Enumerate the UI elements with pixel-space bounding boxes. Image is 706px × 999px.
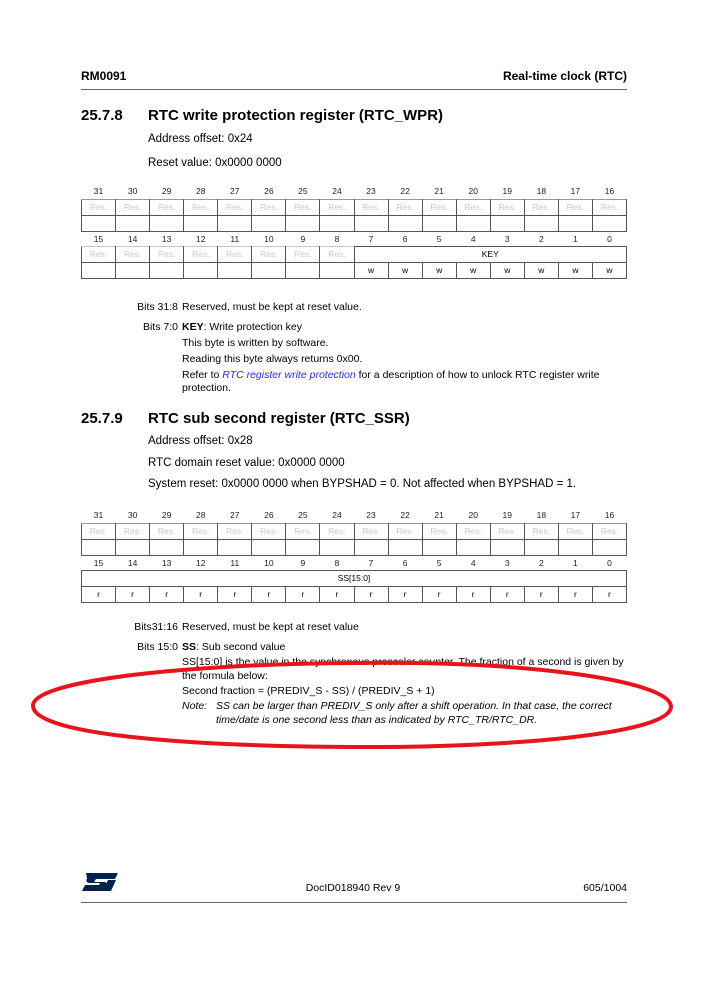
reserved-field: Res. — [252, 523, 286, 539]
bit-number: 21 — [422, 508, 456, 523]
footer-page-number: 605/1004 — [583, 882, 627, 894]
section-number-ssr: 25.7.9 — [81, 410, 123, 427]
section-number-wpr: 25.7.8 — [81, 107, 123, 124]
bit-number: 13 — [150, 555, 184, 570]
bit-number: 28 — [184, 508, 218, 523]
access-cell-empty — [524, 539, 558, 555]
bit-number: 31 — [82, 184, 116, 199]
bit-number: 26 — [252, 508, 286, 523]
ssr-system-reset: System reset: 0x0000 0000 when BYPSHAD =… — [148, 478, 576, 490]
bit-number: 18 — [524, 184, 558, 199]
reserved-field: Res. — [116, 199, 150, 215]
reserved-field: Res. — [150, 523, 184, 539]
access-type: r — [320, 586, 354, 602]
bit-number: 5 — [422, 231, 456, 246]
bit-number: 26 — [252, 184, 286, 199]
bit-number: 29 — [150, 508, 184, 523]
bit-number: 0 — [592, 231, 626, 246]
access-cell-empty — [116, 539, 150, 555]
wpr-key-refer: Refer to RTC register write protection f… — [182, 368, 599, 383]
access-type: w — [524, 262, 558, 278]
bit-number: 14 — [116, 231, 150, 246]
access-type: r — [252, 586, 286, 602]
wpr-key-refer-cont: protection. — [182, 381, 231, 396]
access-cell-empty — [218, 215, 252, 231]
reserved-field: Res. — [422, 199, 456, 215]
access-cell-empty — [286, 262, 320, 278]
reserved-field: Res. — [422, 523, 456, 539]
reserved-field: Res. — [116, 246, 150, 262]
wpr-address-offset: Address offset: 0x24 — [148, 133, 253, 145]
ssr-address-offset: Address offset: 0x28 — [148, 435, 253, 447]
reserved-field: Res. — [558, 199, 592, 215]
access-cell-empty — [252, 262, 286, 278]
access-type: r — [150, 586, 184, 602]
bit-number: 16 — [592, 184, 626, 199]
bit-number: 24 — [320, 508, 354, 523]
access-type: r — [456, 586, 490, 602]
field-name-key: KEY — [182, 321, 204, 333]
bit-number: 28 — [184, 184, 218, 199]
access-type: w — [456, 262, 490, 278]
reserved-field: Res. — [456, 523, 490, 539]
bit-number: 13 — [150, 231, 184, 246]
bit-number: 12 — [184, 555, 218, 570]
ssr-note-label: Note: — [182, 699, 207, 714]
header-doc-code: RM0091 — [81, 69, 126, 83]
bit-number: 9 — [286, 555, 320, 570]
access-cell-empty — [320, 262, 354, 278]
reserved-field: Res. — [320, 246, 354, 262]
access-type: w — [558, 262, 592, 278]
access-cell-empty — [150, 262, 184, 278]
bit-number: 27 — [218, 508, 252, 523]
access-cell-empty — [592, 539, 626, 555]
ssr-note-line1: SS can be larger than PREDIV_S only afte… — [216, 699, 612, 714]
ssr-register-table: 31302928272625242322212019181716 Res.Res… — [81, 508, 627, 603]
access-cell-empty — [252, 215, 286, 231]
reserved-field: Res. — [354, 523, 388, 539]
access-cell-empty — [354, 215, 388, 231]
reserved-field: Res. — [252, 246, 286, 262]
access-cell-empty — [150, 215, 184, 231]
reserved-field: Res. — [286, 199, 320, 215]
ssr-ss-desc: SS: Sub second value — [182, 640, 285, 655]
wpr-bits-31-8: Bits 31:8 — [98, 300, 178, 315]
bit-number: 7 — [354, 231, 388, 246]
wpr-bits-31-8-text: Reserved, must be kept at reset value. — [182, 300, 362, 315]
access-cell-empty — [218, 262, 252, 278]
header-rule — [81, 89, 627, 90]
access-cell-empty — [456, 215, 490, 231]
access-type: r — [354, 586, 388, 602]
reserved-field: Res. — [388, 199, 422, 215]
bit-number: 21 — [422, 184, 456, 199]
ss-field: SS[15:0] — [82, 570, 627, 586]
access-cell-empty — [422, 539, 456, 555]
bit-number: 19 — [490, 184, 524, 199]
bit-number: 6 — [388, 555, 422, 570]
access-type: w — [592, 262, 626, 278]
access-type: r — [184, 586, 218, 602]
ssr-ss-line1: SS[15:0] is the value in the synchronous… — [182, 655, 624, 670]
key-field: KEY — [354, 246, 627, 262]
bit-number: 14 — [116, 555, 150, 570]
bit-number: 4 — [456, 231, 490, 246]
access-cell-empty — [184, 539, 218, 555]
reserved-field: Res. — [184, 199, 218, 215]
access-cell-empty — [524, 215, 558, 231]
wpr-key-line2: Reading this byte always returns 0x00. — [182, 352, 362, 367]
reserved-field: Res. — [490, 523, 524, 539]
reserved-field: Res. — [354, 199, 388, 215]
bit-number: 25 — [286, 184, 320, 199]
access-cell-empty — [116, 215, 150, 231]
bit-number: 5 — [422, 555, 456, 570]
access-cell-empty — [286, 539, 320, 555]
access-cell-empty — [490, 215, 524, 231]
access-cell-empty — [150, 539, 184, 555]
reserved-field: Res. — [82, 246, 116, 262]
access-type: r — [116, 586, 150, 602]
header-chapter: Real-time clock (RTC) — [503, 69, 627, 83]
access-type: w — [490, 262, 524, 278]
bit-number: 16 — [592, 508, 626, 523]
reserved-field: Res. — [286, 246, 320, 262]
access-cell-empty — [456, 539, 490, 555]
bit-number: 18 — [524, 508, 558, 523]
bit-number: 10 — [252, 555, 286, 570]
reserved-field: Res. — [82, 523, 116, 539]
bit-number: 20 — [456, 508, 490, 523]
access-type: r — [388, 586, 422, 602]
bit-number: 2 — [524, 555, 558, 570]
bit-number: 20 — [456, 184, 490, 199]
access-cell-empty — [592, 215, 626, 231]
reserved-field: Res. — [82, 199, 116, 215]
bit-number: 10 — [252, 231, 286, 246]
access-cell-empty — [252, 539, 286, 555]
access-cell-empty — [82, 539, 116, 555]
access-type: w — [422, 262, 456, 278]
bit-number: 30 — [116, 508, 150, 523]
reserved-field: Res. — [252, 199, 286, 215]
section-title-wpr: RTC write protection register (RTC_WPR) — [148, 107, 443, 124]
access-cell-empty — [558, 215, 592, 231]
reserved-field: Res. — [150, 246, 184, 262]
bit-number: 15 — [82, 231, 116, 246]
reserved-field: Res. — [218, 199, 252, 215]
reserved-field: Res. — [184, 523, 218, 539]
bit-number: 17 — [558, 508, 592, 523]
access-cell-empty — [388, 215, 422, 231]
wpr-key-desc: KEY: Write protection key — [182, 320, 302, 335]
reserved-field: Res. — [490, 199, 524, 215]
section-title-ssr: RTC sub second register (RTC_SSR) — [148, 410, 410, 427]
reserved-field: Res. — [150, 199, 184, 215]
reserved-field: Res. — [320, 523, 354, 539]
access-cell-empty — [354, 539, 388, 555]
reserved-field: Res. — [218, 246, 252, 262]
access-cell-empty — [490, 539, 524, 555]
reserved-field: Res. — [456, 199, 490, 215]
access-cell-empty — [422, 215, 456, 231]
bit-number: 29 — [150, 184, 184, 199]
access-type: r — [592, 586, 626, 602]
access-type: w — [388, 262, 422, 278]
access-cell-empty — [218, 539, 252, 555]
ssr-ss-line2: the formula below: — [182, 669, 268, 684]
bit-number: 11 — [218, 231, 252, 246]
access-cell-empty — [320, 215, 354, 231]
wpr-register-table: 31302928272625242322212019181716 Res.Res… — [81, 184, 627, 279]
bit-number: 0 — [592, 555, 626, 570]
access-cell-empty — [558, 539, 592, 555]
reserved-field: Res. — [184, 246, 218, 262]
wpr-bits-7-0: Bits 7:0 — [98, 320, 178, 335]
reserved-field: Res. — [286, 523, 320, 539]
bit-number: 24 — [320, 184, 354, 199]
bit-number: 31 — [82, 508, 116, 523]
bit-number: 9 — [286, 231, 320, 246]
reserved-field: Res. — [524, 523, 558, 539]
bit-number: 23 — [354, 508, 388, 523]
bit-number: 8 — [320, 231, 354, 246]
ssr-domain-reset: RTC domain reset value: 0x0000 0000 — [148, 457, 345, 469]
bit-number: 1 — [558, 555, 592, 570]
access-cell-empty — [82, 262, 116, 278]
bit-number: 3 — [490, 231, 524, 246]
access-type: r — [524, 586, 558, 602]
bit-number: 7 — [354, 555, 388, 570]
access-cell-empty — [184, 262, 218, 278]
bit-number: 8 — [320, 555, 354, 570]
access-type: r — [218, 586, 252, 602]
wpr-key-line1: This byte is written by software. — [182, 336, 328, 351]
access-type: w — [354, 262, 388, 278]
access-cell-empty — [116, 262, 150, 278]
bit-number: 19 — [490, 508, 524, 523]
access-type: r — [558, 586, 592, 602]
ssr-formula: Second fraction = (PREDIV_S - SS) / (PRE… — [182, 684, 435, 699]
bit-number: 12 — [184, 231, 218, 246]
access-cell-empty — [388, 539, 422, 555]
bit-number: 23 — [354, 184, 388, 199]
bit-number: 30 — [116, 184, 150, 199]
reserved-field: Res. — [524, 199, 558, 215]
link-rtc-register-write-protection[interactable]: RTC register write protection — [222, 369, 355, 381]
access-cell-empty — [82, 215, 116, 231]
bit-number: 6 — [388, 231, 422, 246]
ssr-note-line2: time/date is one second less than as ind… — [216, 713, 537, 728]
bit-number: 27 — [218, 184, 252, 199]
wpr-reset-value: Reset value: 0x0000 0000 — [148, 157, 282, 169]
field-name-ss: SS — [182, 641, 196, 653]
access-cell-empty — [286, 215, 320, 231]
reserved-field: Res. — [218, 523, 252, 539]
access-type: r — [286, 586, 320, 602]
reserved-field: Res. — [116, 523, 150, 539]
access-cell-empty — [320, 539, 354, 555]
red-ellipse-annotation — [0, 0, 706, 999]
reserved-field: Res. — [320, 199, 354, 215]
bit-number: 1 — [558, 231, 592, 246]
bit-number: 2 — [524, 231, 558, 246]
access-cell-empty — [184, 215, 218, 231]
bit-number: 11 — [218, 555, 252, 570]
access-type: r — [82, 586, 116, 602]
bit-number: 15 — [82, 555, 116, 570]
ssr-bits-31-16: Bits31:16 — [98, 620, 178, 635]
ssr-bits-15-0: Bits 15:0 — [98, 640, 178, 655]
ssr-bits-31-16-text: Reserved, must be kept at reset value — [182, 620, 359, 635]
bit-number: 17 — [558, 184, 592, 199]
reserved-field: Res. — [592, 199, 626, 215]
bit-number: 22 — [388, 184, 422, 199]
access-type: r — [422, 586, 456, 602]
footer-rule — [81, 902, 627, 903]
bit-number: 3 — [490, 555, 524, 570]
bit-number: 22 — [388, 508, 422, 523]
bit-number: 25 — [286, 508, 320, 523]
bit-number: 4 — [456, 555, 490, 570]
reserved-field: Res. — [388, 523, 422, 539]
reserved-field: Res. — [558, 523, 592, 539]
reserved-field: Res. — [592, 523, 626, 539]
access-type: r — [490, 586, 524, 602]
